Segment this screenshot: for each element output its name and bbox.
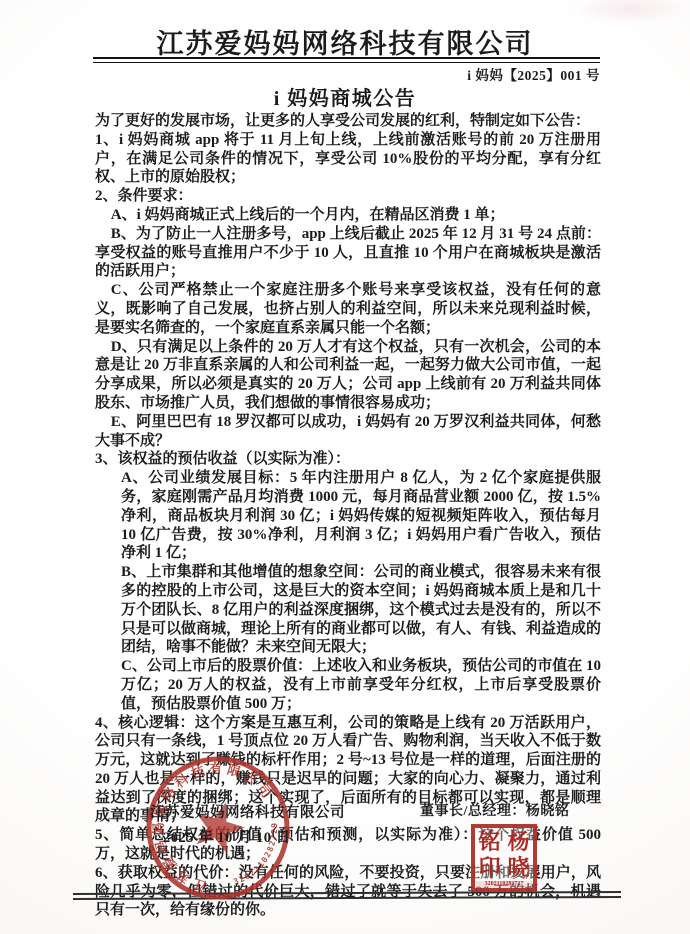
item-3c: C、公司上市后的股票价值：上述收入和业务板块，预估公司的市值在 10 万亿；20… — [121, 657, 601, 713]
company-title: 江苏爱妈妈网络科技有限公司 — [0, 22, 690, 61]
item-3a: A、公司业绩发展目标：5 年内注册用户 8 亿人，为 2 亿个家庭提供服务，家庭… — [121, 469, 601, 563]
item-2: 2、条件要求： — [95, 187, 601, 206]
seal-char: 晓 — [507, 856, 529, 880]
intro-paragraph: 为了更好的发展市场，让更多的人享受公司发展的红利，特制定如下公告： — [95, 112, 601, 131]
item-2b: B、为了防止一人注册多号，app 上线后截止 2025 年 12 月 31 号 … — [95, 225, 601, 281]
signature-company-name: 江苏爱妈妈网络科技有限公司 — [150, 801, 345, 822]
item-3: 3、该权益的预估收益（以实际为准）： — [95, 450, 601, 469]
seal-char: 杨 — [507, 830, 529, 854]
announcement-document: 江苏爱妈妈网络科技有限公司 i 妈妈【2025】001 号 i 妈妈商城公告 为… — [0, 0, 690, 934]
item-2d: D、只有满足以上条件的 20 万人才有这个权益，只有一次机会，公司的本意是让 2… — [95, 338, 601, 413]
item-2a: A、i 妈妈商城正式上线后的一个月内，在精品区消费 1 单； — [95, 206, 601, 225]
document-number: i 妈妈【2025】001 号 — [95, 64, 600, 84]
header-double-rule — [93, 57, 600, 63]
name-seal-code: 3202110283727 — [475, 881, 533, 888]
personal-name-seal: 铭 杨 印 晓 3202110283727 — [471, 824, 537, 892]
item-3b: B、上市集群和其他增值的想象空间：公司的商业模式，很容易未来有很多的控股的上市公… — [121, 563, 601, 657]
notice-title: i 妈妈商城公告 — [0, 82, 690, 111]
item-2e: E、阿里巴巴有 18 罗汉都可以成功，i 妈妈有 20 万罗汉利益共同体，何愁大… — [95, 413, 601, 451]
item-1: 1、i 妈妈商城 app 将于 11 月上旬上线，上线前激活账号的前 20 万注… — [95, 131, 601, 187]
signature-signer: 董事长/总经理：杨晓铭 — [420, 800, 569, 820]
item-2c: C、公司严格禁止一个家庭注册多个账号来享受该权益，没有任何的意义，既影响了自己发… — [95, 281, 601, 337]
seal-char: 铭 — [478, 830, 500, 854]
photo-artifact — [570, 0, 690, 24]
seal-char: 印 — [478, 856, 500, 880]
name-seal-characters: 铭 杨 印 晓 — [475, 828, 533, 881]
signature-date: 2025 年 10 月 10 日 — [163, 826, 291, 847]
